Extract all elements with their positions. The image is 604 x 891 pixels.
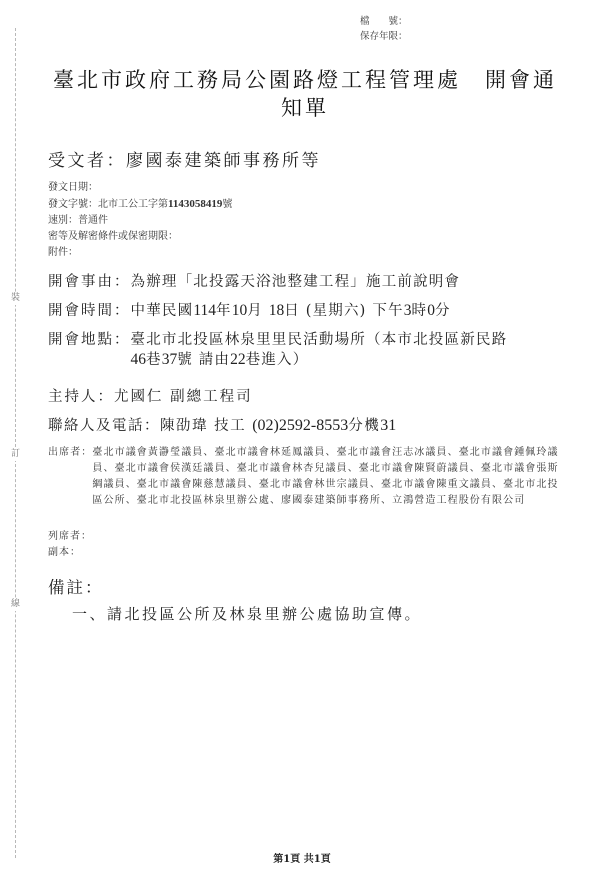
recipient: 受文者：廖國泰建築師事務所等	[48, 146, 321, 171]
binding-label-zhuang: 裝	[9, 292, 22, 305]
contact-name: 陳劭瑋 技工	[160, 418, 252, 434]
meeting-location: 開會地點： 臺北市北投區林泉里里民活動場所（本市北投區新民路 46巷37號 請由…	[48, 330, 568, 370]
contact-ext: 31	[380, 417, 396, 434]
doc-no-prefix: 北市工公工字第	[98, 199, 168, 210]
attachment: 附件：	[48, 245, 232, 261]
copies-label: 副本：	[48, 547, 81, 558]
title-line-2: 知單	[40, 94, 570, 122]
copies: 副本：	[48, 545, 92, 561]
observers-copies: 列席者： 副本：	[48, 529, 92, 561]
meeting-details: 開會事由： 為辦理「北投露天浴池整建工程」施工前說明會 開會時間： 中華民國11…	[48, 272, 568, 379]
binding-label-xian: 線	[9, 598, 22, 611]
doc-no-suffix: 號	[222, 199, 232, 210]
host-label: 主持人：	[48, 389, 114, 405]
archive-info: 檔 號： 保存年限：	[360, 14, 408, 44]
remarks-title: 備註：	[48, 574, 104, 598]
attendees: 出席者： 臺北市議會黃瀞瑩議員、臺北市議會林延鳳議員、臺北市議會汪志冰議員、臺北…	[48, 445, 563, 509]
location-line-1: 臺北市北投區林泉里里民活動場所（本市北投區新民路	[131, 332, 508, 348]
document-title: 臺北市政府工務局公園路燈工程管理處 開會通 知單	[40, 66, 570, 122]
classification-label: 密等及解密條件或保密期限：	[48, 231, 178, 242]
contact-phone: (02)2592-8553	[252, 417, 348, 434]
meeting-time: 開會時間： 中華民國114年10月 18日 (星期六) 下午3時0分	[48, 301, 568, 321]
recipient-value: 廖國泰建築師事務所等	[126, 151, 321, 171]
retention-period: 保存年限：	[360, 29, 408, 44]
observers: 列席者：	[48, 529, 92, 545]
location-label: 開會地點：	[48, 330, 131, 370]
host-value: 尤國仁 副總工程司	[114, 389, 253, 405]
observers-label: 列席者：	[48, 531, 92, 542]
meeting-subject: 開會事由： 為辦理「北投露天浴池整建工程」施工前說明會	[48, 272, 568, 292]
location-value: 臺北市北投區林泉里里民活動場所（本市北投區新民路 46巷37號 請由22巷進入）	[131, 330, 508, 370]
archive-number: 檔 號：	[360, 14, 408, 29]
contact-ext-label: 分機	[348, 418, 380, 434]
doc-no-label: 發文字號：	[48, 199, 98, 210]
issue-date-label: 發文日期：	[48, 182, 98, 193]
urgency-label: 速別：	[48, 215, 78, 226]
time-label: 開會時間：	[48, 301, 131, 321]
binding-label-ding: 訂	[9, 448, 22, 461]
document-meta: 發文日期： 發文字號：北市工公工字第1143058419號 速別：普通件 密等及…	[48, 180, 232, 261]
urgency-value: 普通件	[78, 215, 108, 226]
title-line-1: 臺北市政府工務局公園路燈工程管理處 開會通	[40, 66, 570, 94]
subject-label: 開會事由：	[48, 272, 131, 292]
doc-no-number: 1143058419	[168, 198, 222, 210]
attendees-value: 臺北市議會黃瀞瑩議員、臺北市議會林延鳳議員、臺北市議會汪志冰議員、臺北市議會鍾佩…	[92, 445, 563, 509]
issue-date: 發文日期：	[48, 180, 232, 196]
host: 主持人：尤國仁 副總工程司	[48, 385, 253, 406]
attendees-label: 出席者：	[48, 445, 92, 509]
page-info: 第1頁 共1頁	[0, 850, 604, 865]
time-value: 中華民國114年10月 18日 (星期六) 下午3時0分	[131, 301, 451, 321]
contact: 聯絡人及電話：陳劭瑋 技工 (02)2592-8553分機31	[48, 414, 396, 435]
document-number: 發文字號：北市工公工字第1143058419號	[48, 196, 232, 213]
binding-margin-line	[15, 28, 16, 858]
remarks-item: 一、請北投區公所及林泉里辦公處協助宣傳。	[72, 603, 422, 624]
attachment-label: 附件：	[48, 247, 78, 258]
contact-label: 聯絡人及電話：	[48, 418, 160, 434]
location-line-2: 46巷37號 請由22巷進入）	[131, 352, 309, 368]
classification: 密等及解密條件或保密期限：	[48, 229, 232, 245]
subject-value: 為辦理「北投露天浴池整建工程」施工前說明會	[131, 272, 461, 292]
urgency: 速別：普通件	[48, 213, 232, 229]
recipient-label: 受文者：	[48, 151, 126, 171]
